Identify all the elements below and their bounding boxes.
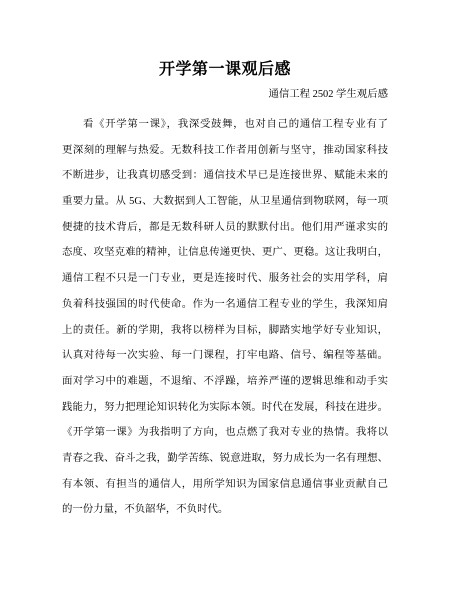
- page-content: 开学第一课观后感 通信工程 2502 学生观后感 看《开学第一课》，我深受鼓舞，…: [0, 0, 450, 523]
- body-line: 《开学第一课》为我指明了方向，也点燃了我对专业的热情。我将以: [62, 420, 388, 446]
- body-line: 践能力，努力把理论知识转化为实际本领。时代在发展，科技在进步。: [62, 395, 388, 421]
- body-line: 负着科技强国的时代使命。作为一名通信工程专业的学生，我深知肩: [62, 292, 388, 318]
- document-page: 开学第一课观后感 通信工程 2502 学生观后感 看《开学第一课》，我深受鼓舞，…: [0, 0, 450, 600]
- document-byline: 通信工程 2502 学生观后感: [62, 86, 388, 103]
- body-line: 通信工程不只是一门专业，更是连接时代、服务社会的实用学科，肩: [62, 266, 388, 292]
- body-line: 更深刻的理解与热爱。无数科技工作者用创新与坚守，推动国家科技: [62, 138, 388, 164]
- body-paragraph: 看《开学第一课》，我深受鼓舞，也对自己的通信工程专业有了更深刻的理解与热爱。无数…: [62, 112, 388, 523]
- body-line: 青春之我、奋斗之我，勤学苦练、锐意进取，努力成长为一名有理想、: [62, 446, 388, 472]
- body-line: 有本领、有担当的通信人，用所学知识为国家信息通信事业贡献自己: [62, 472, 388, 498]
- body-line: 的一份力量，不负韶华，不负时代。: [62, 497, 388, 523]
- body-line: 上的责任。新的学期，我将以榜样为目标，脚踏实地学好专业知识，: [62, 318, 388, 344]
- body-line: 便捷的技术背后，都是无数科研人员的默默付出。他们用严谨求实的: [62, 215, 388, 241]
- body-line: 面对学习中的难题，不退缩、不浮躁，培养严谨的逻辑思维和动手实: [62, 369, 388, 395]
- document-title: 开学第一课观后感: [62, 56, 388, 84]
- body-line: 态度、攻坚克难的精神，让信息传递更快、更广、更稳。这让我明白，: [62, 240, 388, 266]
- body-line: 重要力量。从 5G、大数据到人工智能，从卫星通信到物联网，每一项: [62, 189, 388, 215]
- body-line: 认真对待每一次实验、每一门课程，打牢电路、信号、编程等基础。: [62, 343, 388, 369]
- body-line: 不断进步，让我真切感受到：通信技术早已是连接世界、赋能未来的: [62, 163, 388, 189]
- body-line: 看《开学第一课》，我深受鼓舞，也对自己的通信工程专业有了: [62, 112, 388, 138]
